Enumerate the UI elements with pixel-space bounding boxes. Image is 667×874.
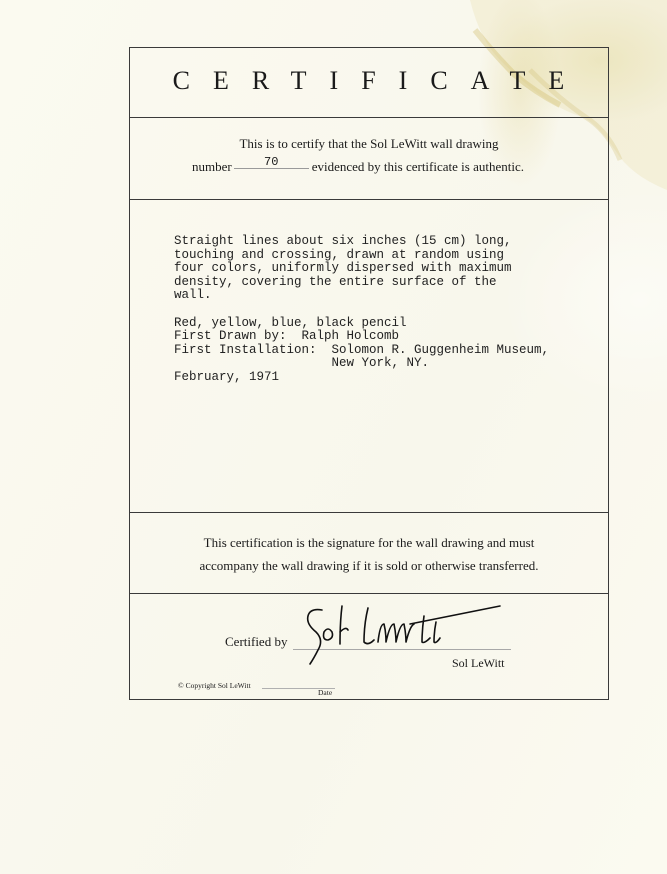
title-section: CERTIFICATE bbox=[130, 48, 608, 118]
certify-rest: evidenced by this certificate is authent… bbox=[312, 159, 524, 174]
transfer-line-1: This certification is the signature for … bbox=[130, 531, 608, 554]
transfer-section: This certification is the signature for … bbox=[130, 513, 608, 594]
date-label: Date bbox=[318, 688, 332, 697]
drawing-number: 70 bbox=[234, 156, 309, 169]
certified-by-label: Certified by bbox=[225, 634, 287, 650]
number-label: number bbox=[192, 159, 232, 174]
signature-section: Certified by Sol LeWitt © Copyright Sol … bbox=[130, 594, 608, 700]
transfer-statement: This certification is the signature for … bbox=[130, 531, 608, 577]
transfer-line-2: accompany the wall drawing if it is sold… bbox=[130, 554, 608, 577]
authenticity-section: This is to certify that the Sol LeWitt w… bbox=[130, 118, 608, 200]
copyright-notice: © Copyright Sol LeWitt bbox=[178, 681, 251, 690]
certificate-frame: CERTIFICATE This is to certify that the … bbox=[129, 47, 609, 700]
certificate-title: CERTIFICATE bbox=[130, 66, 608, 96]
certify-statement: This is to certify that the Sol LeWitt w… bbox=[130, 136, 608, 152]
certify-number-line: number70evidenced by this certificate is… bbox=[192, 159, 524, 175]
wall-drawing-description: Straight lines about six inches (15 cm) … bbox=[174, 235, 549, 385]
description-section: Straight lines about six inches (15 cm) … bbox=[130, 200, 608, 513]
signer-name: Sol LeWitt bbox=[452, 656, 505, 671]
